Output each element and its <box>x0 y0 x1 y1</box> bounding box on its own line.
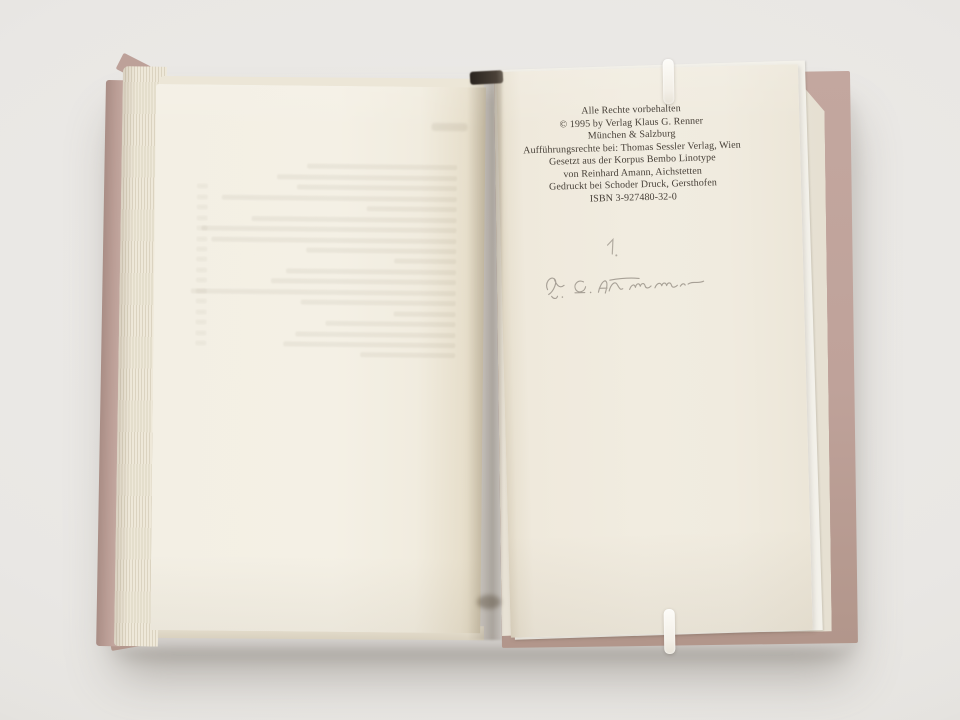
ghost-text <box>150 84 486 633</box>
left-page <box>150 84 486 633</box>
spine-tail-shadow <box>477 595 501 609</box>
right-page: Alle Rechte vorbehalten© 1995 by Verlag … <box>496 64 813 638</box>
spine-headband <box>470 70 504 85</box>
handwritten-number <box>604 237 621 259</box>
signature <box>541 265 708 305</box>
page-clip-bottom <box>664 609 676 654</box>
photo-background: Alle Rechte vorbehalten© 1995 by Verlag … <box>0 0 960 720</box>
spine-gutter <box>468 72 502 640</box>
imprint-block: Alle Rechte vorbehalten© 1995 by Verlag … <box>497 101 768 208</box>
page-clip-top <box>663 59 675 104</box>
